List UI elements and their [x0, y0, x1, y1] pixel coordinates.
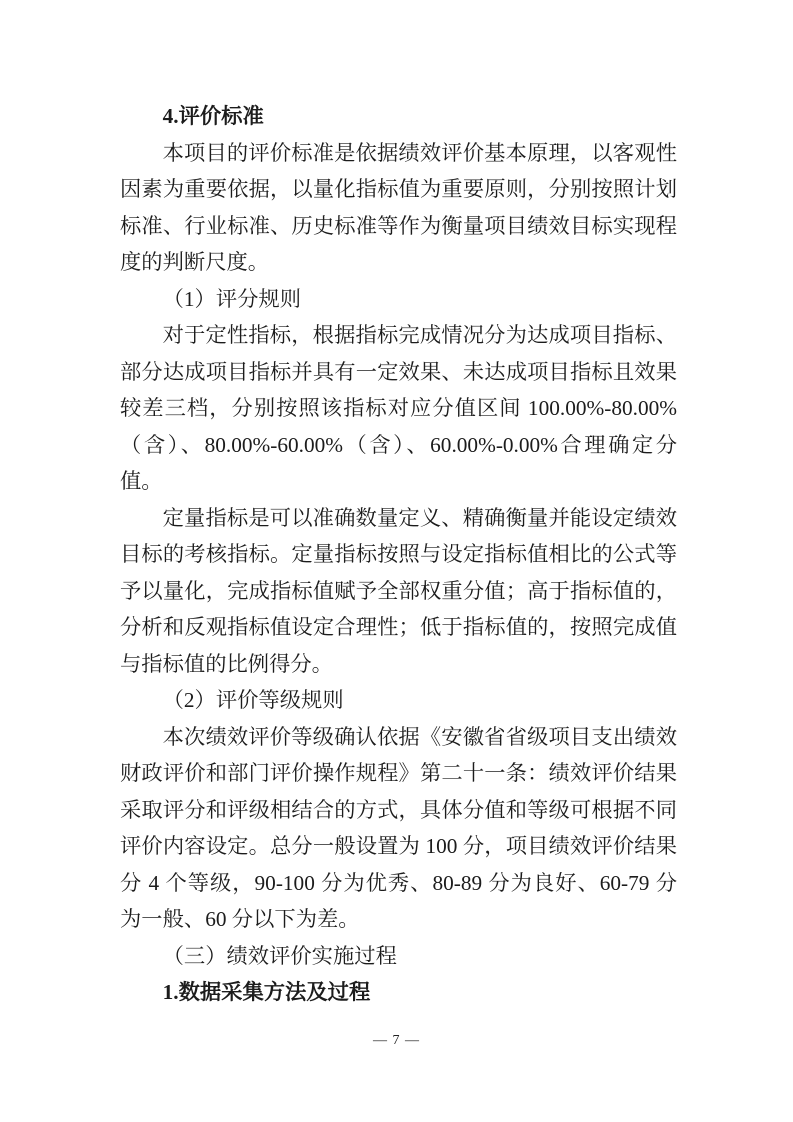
paragraph-quantitative-indicators: 定量指标是可以准确数量定义、精确衡量并能设定绩效目标的考核指标。定量指标按照与设… — [120, 500, 677, 683]
subheading-scoring-rules: （1）评分规则 — [120, 281, 677, 318]
heading-evaluation-criteria: 4.评价标准 — [120, 98, 677, 135]
document-page: 4.评价标准 本项目的评价标准是依据绩效评价基本原理，以客观性因素为重要依据，以… — [0, 0, 793, 1122]
paragraph-evaluation-criteria-intro: 本项目的评价标准是依据绩效评价基本原理，以客观性因素为重要依据，以量化指标值为重… — [120, 135, 677, 281]
subheading-grade-rules: （2）评价等级规则 — [120, 682, 677, 719]
paragraph-grade-basis: 本次绩效评价等级确认依据《安徽省省级项目支出绩效财政评价和部门评价操作规程》第二… — [120, 719, 677, 938]
heading-data-collection: 1.数据采集方法及过程 — [120, 974, 677, 1011]
paragraph-qualitative-indicators: 对于定性指标，根据指标完成情况分为达成项目指标、部分达成项目指标并具有一定效果、… — [120, 317, 677, 500]
heading-implementation-process: （三）绩效评价实施过程 — [120, 938, 677, 975]
page-number: — 7 — — [373, 1033, 420, 1048]
document-body: 4.评价标准 本项目的评价标准是依据绩效评价基本原理，以客观性因素为重要依据，以… — [120, 98, 677, 1011]
page-footer: — 7 — — [0, 1031, 793, 1049]
